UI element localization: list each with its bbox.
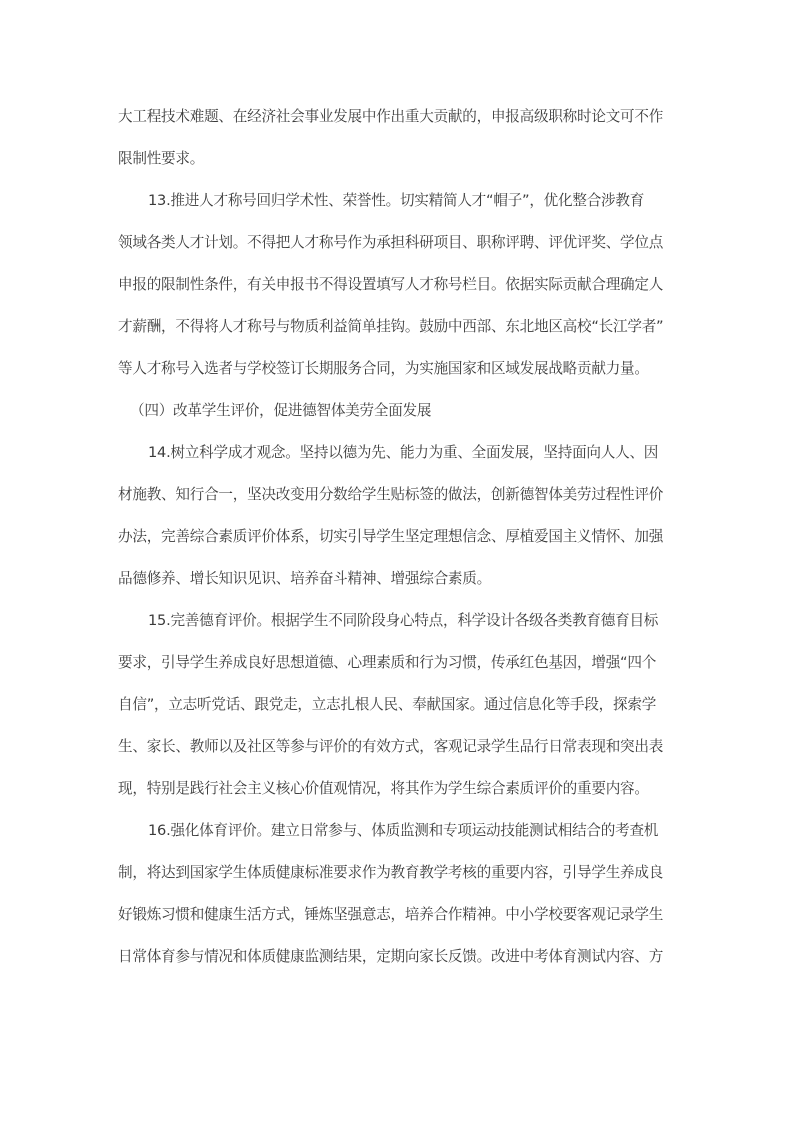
text-line: 等人才称号入选者与学校签订长期服务合同，为实施国家和区域发展战略贡献力量。 (118, 356, 678, 398)
text-line: 才薪酬，不得将人才称号与物质利益简单挂钩。鼓励中西部、东北地区高校“长江学者” (118, 314, 678, 356)
paragraph-16-start: 16.强化体育评价。建立日常参与、体质监测和专项运动技能测试相结合的考查机 (118, 818, 678, 860)
text-line: 自信”，立志听党话、跟党走，立志扎根人民、奉献国家。通过信息化等手段，探索学 (118, 692, 678, 734)
text-line: 大工程技术难题、在经济社会事业发展中作出重大贡献的，申报高级职称时论文可不作 (118, 104, 678, 146)
text-line: 制，将达到国家学生体质健康标准要求作为教育教学考核的重要内容，引导学生养成良 (118, 860, 678, 902)
text-line: 限制性要求。 (118, 146, 678, 188)
section-heading: （四）改革学生评价，促进德智体美劳全面发展 (118, 398, 678, 440)
text-line: 生、家长、教师以及社区等参与评价的有效方式，客观记录学生品行日常表现和突出表 (118, 734, 678, 776)
paragraph-14-start: 14.树立科学成才观念。坚持以德为先、能力为重、全面发展，坚持面向人人、因 (118, 440, 678, 482)
text-line: 领域各类人才计划。不得把人才称号作为承担科研项目、职称评聘、评优评奖、学位点 (118, 230, 678, 272)
paragraph-15-start: 15.完善德育评价。根据学生不同阶段身心特点，科学设计各级各类教育德育目标 (118, 608, 678, 650)
text-line: 材施教、知行合一，坚决改变用分数给学生贴标签的做法，创新德智体美劳过程性评价 (118, 482, 678, 524)
text-line: 要求，引导学生养成良好思想道德、心理素质和行为习惯，传承红色基因，增强“四个 (118, 650, 678, 692)
text-line: 日常体育参与情况和体质健康监测结果，定期向家长反馈。改进中考体育测试内容、方 (118, 944, 678, 986)
document-page: 大工程技术难题、在经济社会事业发展中作出重大贡献的，申报高级职称时论文可不作 限… (118, 104, 678, 986)
text-line: 现，特别是践行社会主义核心价值观情况，将其作为学生综合素质评价的重要内容。 (118, 776, 678, 818)
text-line: 申报的限制性条件，有关申报书不得设置填写人才称号栏目。依据实际贡献合理确定人 (118, 272, 678, 314)
paragraph-13-start: 13.推进人才称号回归学术性、荣誉性。切实精简人才“帽子”，优化整合涉教育 (118, 188, 678, 230)
text-line: 品德修养、增长知识见识、培养奋斗精神、增强综合素质。 (118, 566, 678, 608)
text-line: 办法，完善综合素质评价体系，切实引导学生坚定理想信念、厚植爱国主义情怀、加强 (118, 524, 678, 566)
text-line: 好锻炼习惯和健康生活方式，锤炼坚强意志，培养合作精神。中小学校要客观记录学生 (118, 902, 678, 944)
